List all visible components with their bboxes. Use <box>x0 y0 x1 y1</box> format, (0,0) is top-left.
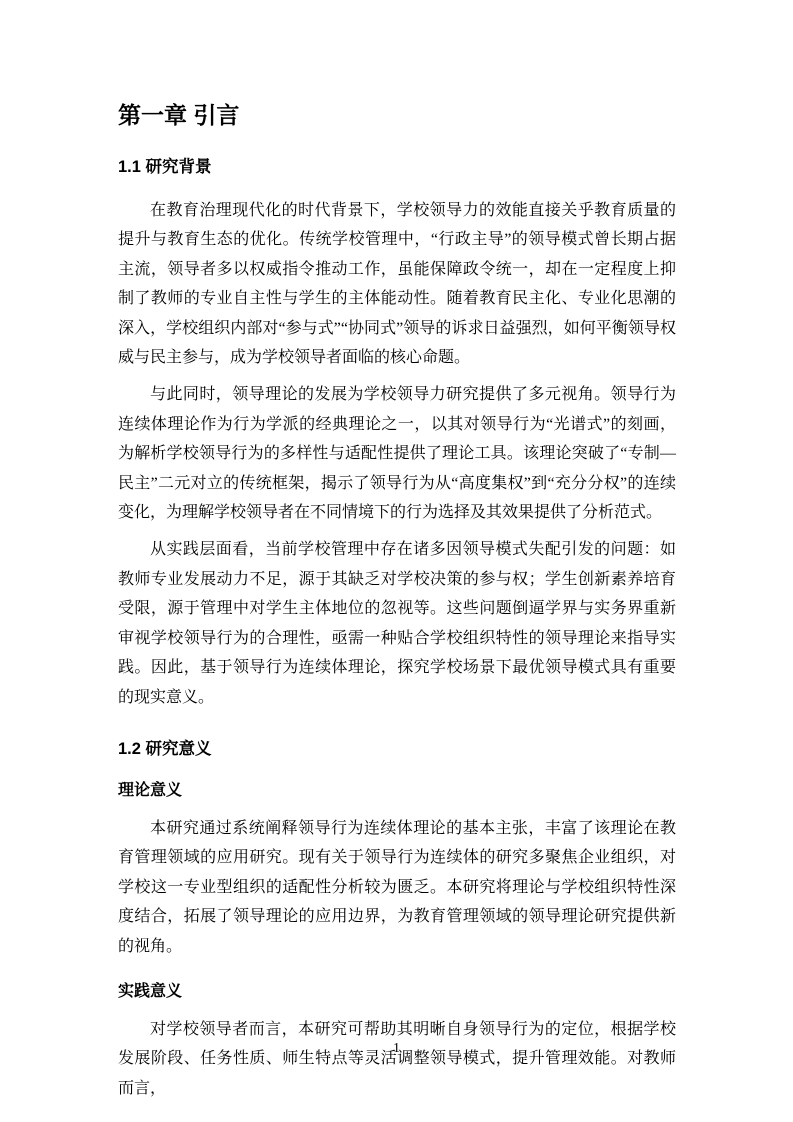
page-number: 1 <box>393 1041 400 1056</box>
subsection-heading-theoretical: 理论意义 <box>118 780 676 802</box>
page-content: 第一章 引言 1.1 研究背景 在教育治理现代化的时代背景下，学校领导力的效能直… <box>0 0 793 1103</box>
subsection-heading-practical: 实践意义 <box>118 981 676 1003</box>
body-paragraph: 本研究通过系统阐释领导行为连续体理论的基本主张，丰富了该理论在教育管理领域的应用… <box>118 814 676 961</box>
body-paragraph: 在教育治理现代化的时代背景下，学校领导力的效能直接关乎教育质量的提升与教育生态的… <box>118 196 676 372</box>
body-paragraph: 对学校领导者而言，本研究可帮助其明晰自身领导行为的定位，根据学校发展阶段、任务性… <box>118 1015 676 1103</box>
body-paragraph: 从实践层面看，当前学校管理中存在诸多因领导模式失配引发的问题：如教师专业发展动力… <box>118 535 676 711</box>
section-heading-1-1: 1.1 研究背景 <box>118 156 676 178</box>
section-heading-1-2: 1.2 研究意义 <box>118 738 676 760</box>
body-paragraph: 与此同时，领导理论的发展为学校领导力研究提供了多元视角。领导行为连续体理论作为行… <box>118 380 676 527</box>
document-page: 第一章 引言 1.1 研究背景 在教育治理现代化的时代背景下，学校领导力的效能直… <box>0 0 793 1122</box>
chapter-title: 第一章 引言 <box>118 100 676 130</box>
page-footer: 1 <box>0 1040 793 1058</box>
